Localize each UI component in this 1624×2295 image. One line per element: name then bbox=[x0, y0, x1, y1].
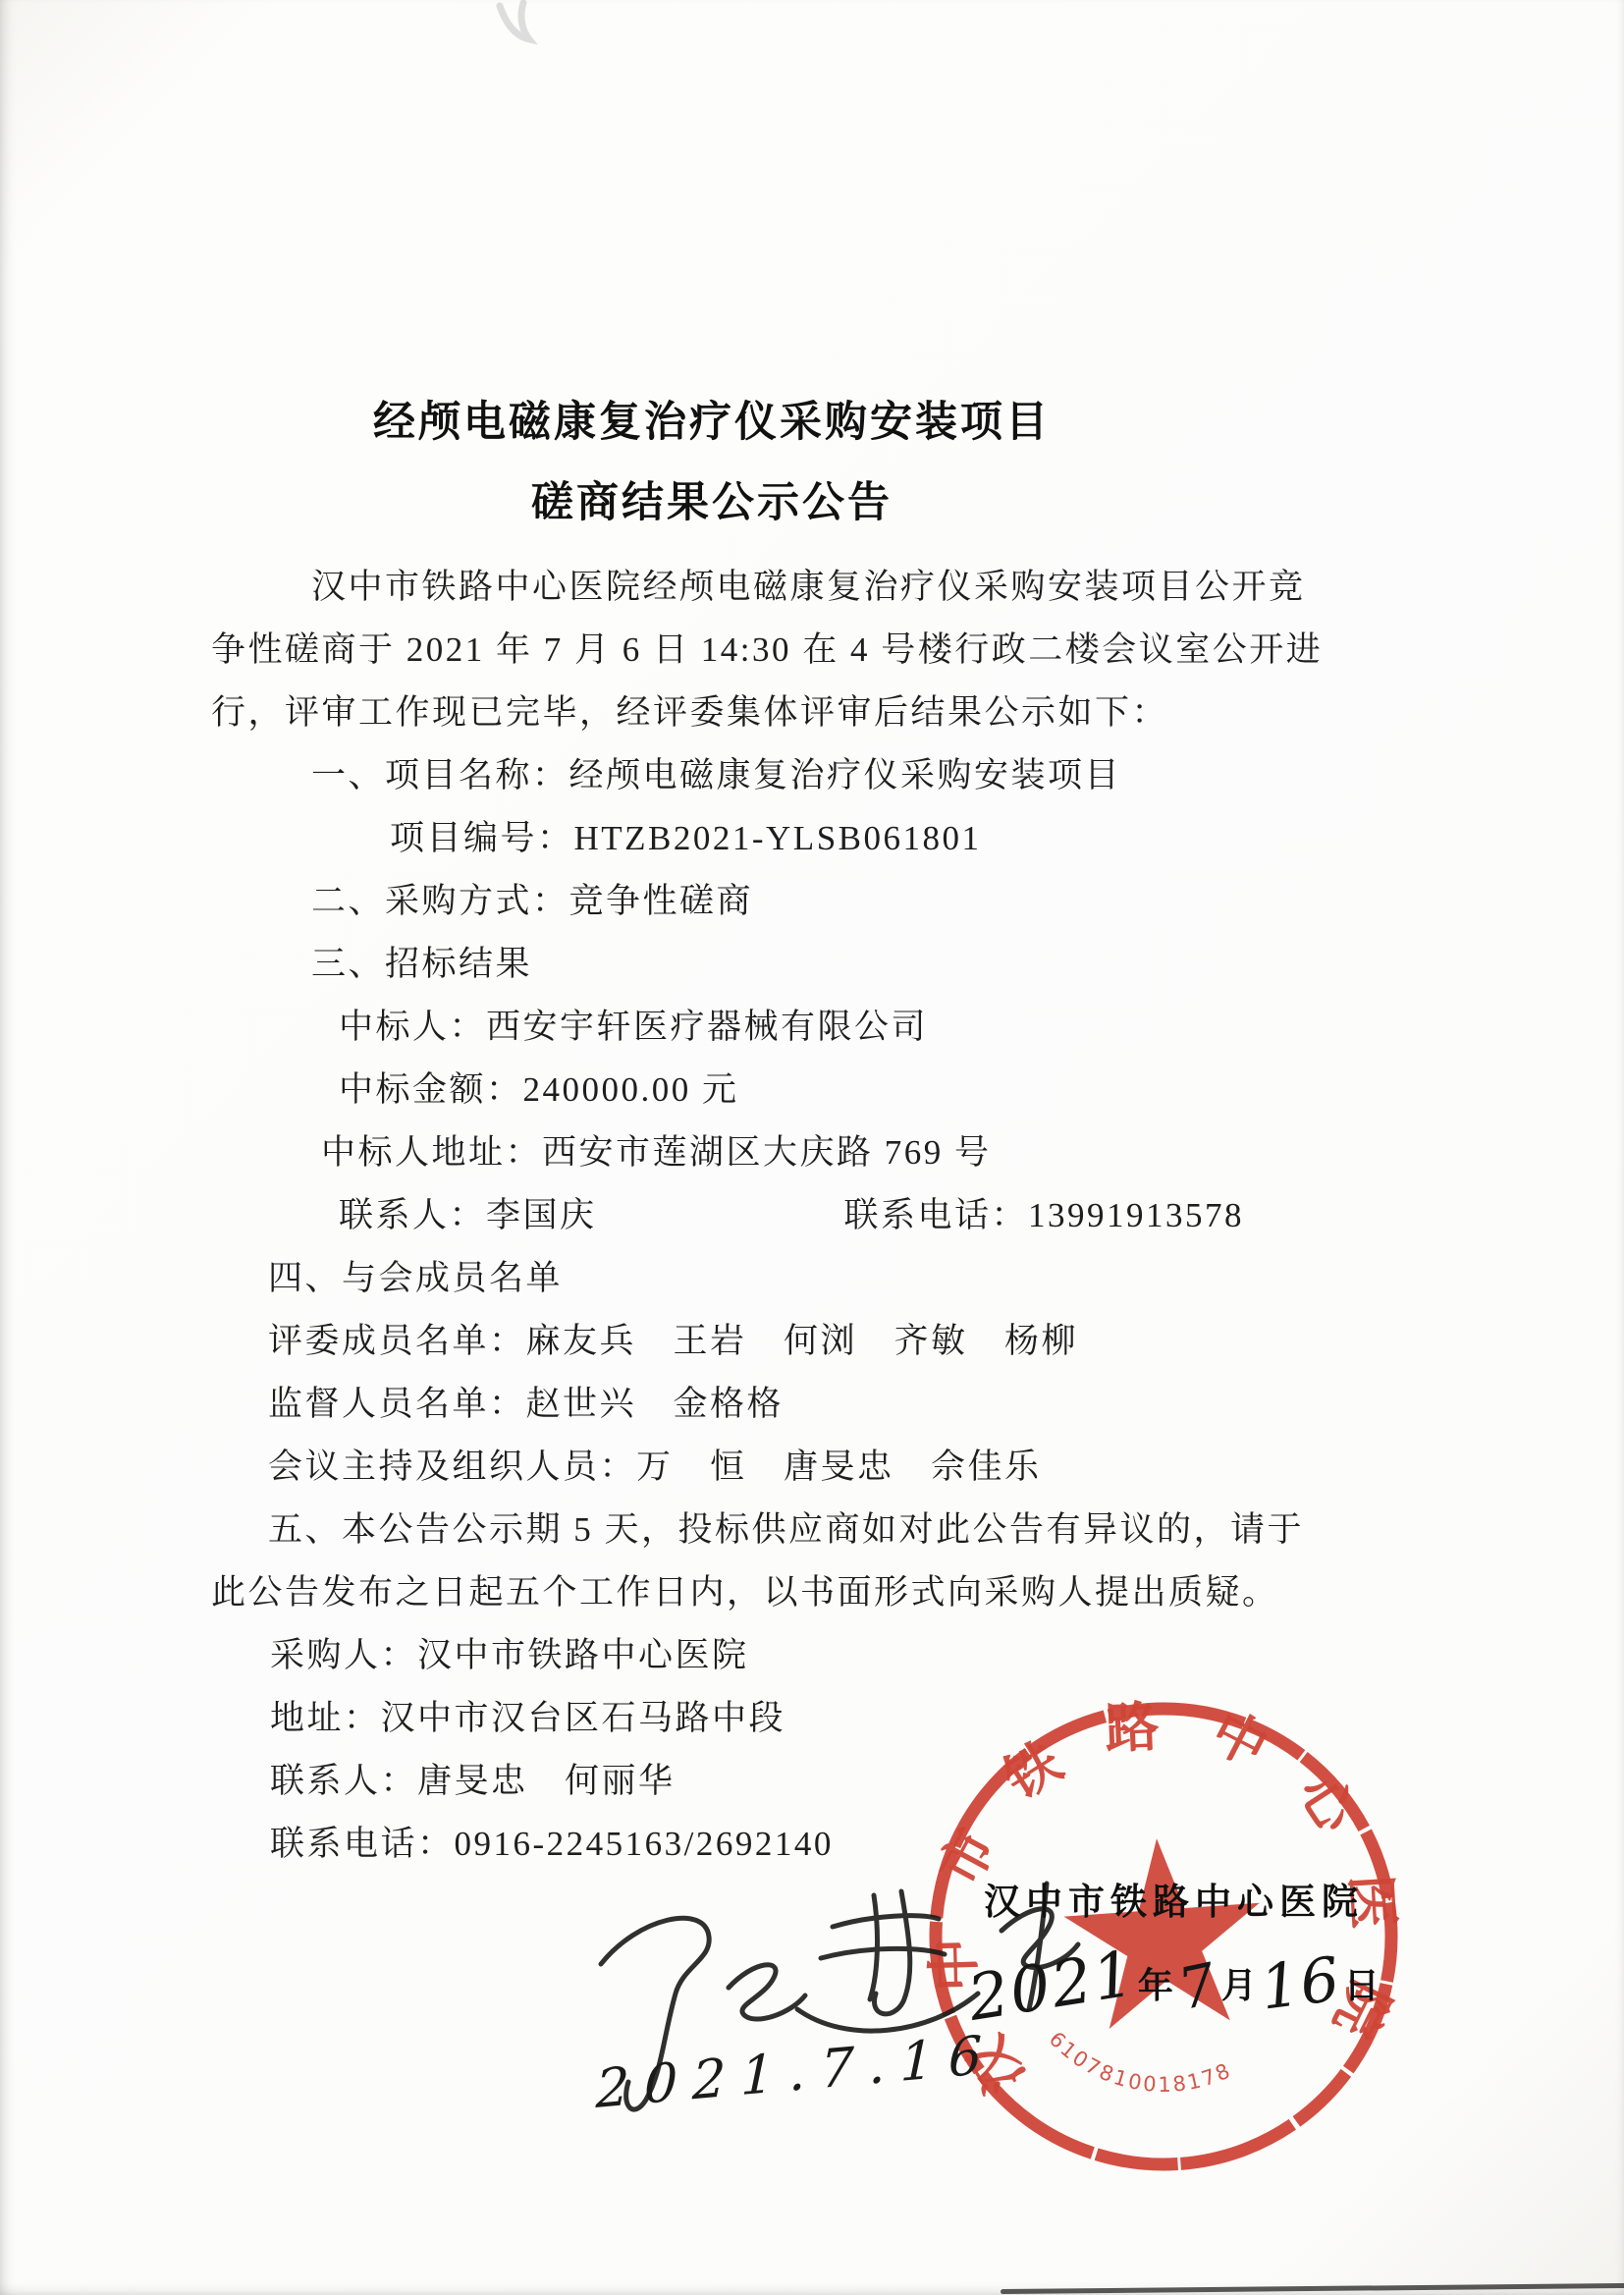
winner-name-line: 中标人：西安宇轩医疗器械有限公司 bbox=[211, 996, 1424, 1059]
intro-line-1: 汉中市铁路中心医院经颅电磁康复治疗仪采购安装项目公开竞 bbox=[211, 556, 1424, 619]
stamp-org-name: 汉中市铁路中心医院 bbox=[984, 1872, 1364, 1925]
notice-period-line-2: 此公告发布之日起五个工作日内，以书面形式向采购人提出质疑。 bbox=[211, 1561, 1424, 1624]
page-subtitle: 磋商结果公示公告 bbox=[201, 469, 1222, 529]
intro-line-3: 行，评审工作现已完毕，经评委集体评审后结果公示如下： bbox=[211, 682, 1424, 744]
item-project-number: 项目编号：HTZB2021-YLSB061801 bbox=[211, 807, 1424, 870]
winner-contact-line: 联系人：李国庆 联系电话：13991913578 bbox=[211, 1184, 1424, 1247]
stamp-date-day: 16 bbox=[1256, 1938, 1345, 2029]
winner-contact-person: 联系人：李国庆 bbox=[339, 1184, 597, 1247]
winner-contact-phone: 联系电话：13991913578 bbox=[844, 1184, 1245, 1247]
item-attendees: 四、与会成员名单 bbox=[211, 1247, 1424, 1310]
stamp-date-month: 7 bbox=[1171, 1945, 1222, 2028]
stamp-date-year-label: 年 bbox=[1138, 1946, 1173, 2025]
document-body: 汉中市铁路中心医院经颅电磁康复治疗仪采购安装项目公开竞 争性磋商于 2021 年… bbox=[211, 556, 1424, 1876]
stamp-date-year: 2021 bbox=[963, 1936, 1141, 2038]
scan-edge-shadow bbox=[1001, 2283, 1624, 2294]
item-bid-result: 三、招标结果 bbox=[211, 933, 1424, 996]
winner-amount-line: 中标金额：240000.00 元 bbox=[211, 1059, 1424, 1121]
supervisors-list: 监督人员名单：赵世兴 金格格 bbox=[211, 1373, 1424, 1436]
stamp-date: 2021 年 7 月 16 日 bbox=[968, 1942, 1381, 2025]
judges-list: 评委成员名单：麻友兵 王岩 何浏 齐敏 杨柳 bbox=[211, 1310, 1424, 1373]
notice-period-line-1: 五、本公告公示期 5 天，投标供应商如对此公告有异议的，请于 bbox=[211, 1499, 1424, 1561]
scan-artifact-top bbox=[486, 0, 555, 49]
page-title: 经颅电磁康复治疗仪采购安装项目 bbox=[201, 389, 1222, 449]
winner-address-line: 中标人地址：西安市莲湖区大庆路 769 号 bbox=[211, 1121, 1424, 1184]
hosts-list: 会议主持及组织人员：万 恒 唐旻忠 佘佳乐 bbox=[211, 1436, 1424, 1499]
scanned-document-page: 经颅电磁康复治疗仪采购安装项目 磋商结果公示公告 汉中市铁路中心医院经颅电磁康复… bbox=[0, 0, 1624, 2295]
purchaser-line: 采购人：汉中市铁路中心医院 bbox=[211, 1624, 1424, 1687]
item-project-name: 一、项目名称：经颅电磁康复治疗仪采购安装项目 bbox=[211, 744, 1424, 807]
intro-line-2: 争性磋商于 2021 年 7 月 6 日 14:30 在 4 号楼行政二楼会议室… bbox=[211, 619, 1424, 682]
stamp-date-month-label: 月 bbox=[1221, 1946, 1257, 2025]
item-procure-method: 二、采购方式：竞争性磋商 bbox=[211, 870, 1424, 933]
stamp-date-day-label: 日 bbox=[1344, 1946, 1380, 2025]
